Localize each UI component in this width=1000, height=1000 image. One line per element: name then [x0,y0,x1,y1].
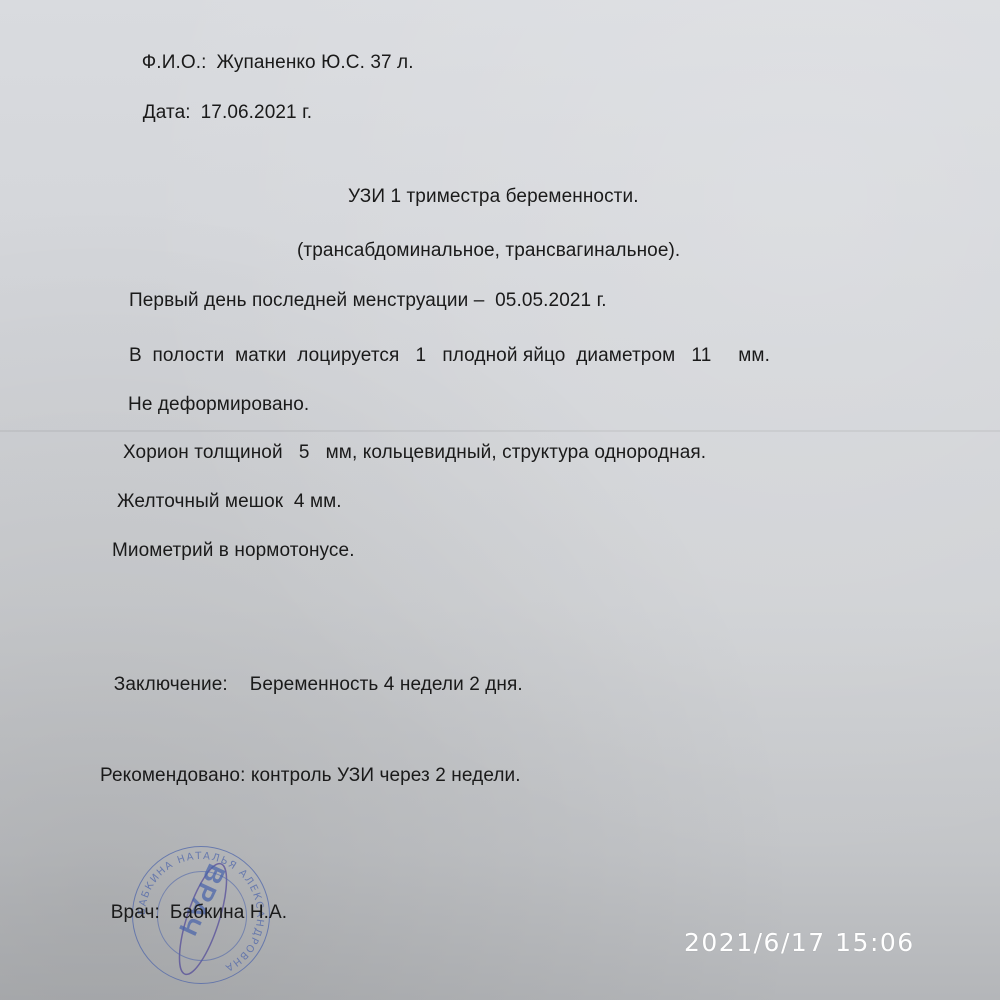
conclusion-line: Заключение:Беременность 4 недели 2 дня. [103,652,523,696]
date-label: Дата: [143,102,191,123]
fio-value: Жупаненко Ю.С. 37 л. [216,52,413,73]
paper-fold-line [0,430,1000,432]
yolk-sac-line: Желточный мешок 4 мм. [117,491,342,513]
conclusion-label: Заключение: [114,674,228,695]
fio-label: Ф.И.О.: [142,52,207,73]
doctor-label: Врач: [111,902,160,923]
conclusion-value: Беременность 4 недели 2 дня. [250,674,523,695]
myometrium-line: Миометрий в нормотонусе. [112,540,355,562]
signature-line: Врач:Бабкина Н.А. [100,880,287,924]
recommendation-line: Рекомендовано: контроль УЗИ через 2 неде… [100,765,521,787]
date-value: 17.06.2021 г. [201,102,313,123]
lmp-line: Первый день последней менструации – 05.0… [129,290,607,312]
photo-timestamp: 2021/6/17 15:06 [684,928,915,957]
document-title: УЗИ 1 триместра беременности. [348,186,639,208]
patient-name-line: Ф.И.О.:Жупаненко Ю.С. 37 л. [131,30,414,74]
doctor-name: Бабкина Н.А. [170,902,287,923]
date-line: Дата:17.06.2021 г. [132,80,312,124]
chorion-line: Хорион толщиной 5 мм, кольцевидный, стру… [123,442,706,464]
document-subtitle: (трансабдоминальное, трансвагинальное). [297,240,680,262]
gestational-sac-line: В полости матки лоцируется 1 плодной яйц… [129,345,770,367]
not-deformed-line: Не деформировано. [128,394,309,416]
